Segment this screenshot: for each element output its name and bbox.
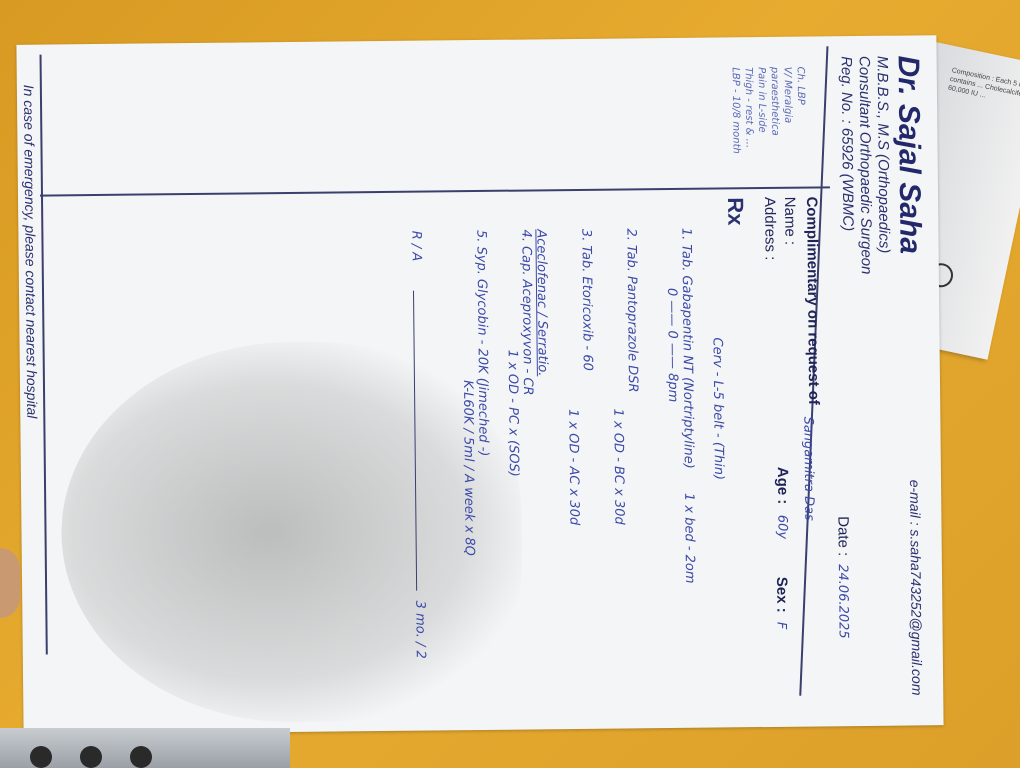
review-label: R / A [408,231,423,262]
medicine-text: Tab. Etoricoxib - 60 [579,245,595,371]
age-value: 60y [774,515,789,539]
margin-note: LBP - 10/8 month [729,67,743,182]
medicine-text: Syp. Glycobin - 20K (Jimeched -) [474,246,491,456]
finger [0,548,20,618]
doctor-degrees: M.B.B.S., M.S (Orthopaedics) [873,56,893,275]
doctor-name: Dr. Sajal Saha [891,55,927,274]
review-line [413,291,417,591]
medicine-number: 2 [623,228,638,236]
doctor-title: Consultant Orthopaedic Surgeon [855,56,875,275]
medicine-text: Tab. Pantoprazole DSR [624,245,641,393]
name-label: Name : [781,197,799,246]
diagnosis: Cerv - L-5 belt - (Thin) [710,337,726,480]
box-label-text: Composition : Each 5 ml contains ... Cho… [947,66,1020,111]
doctor-email: e-mail : s.saha743252@gmail.com [907,480,925,696]
footer-divider [40,55,48,655]
medicine-text: Cap. Aceproxyvon - CR [519,246,536,396]
margin-notes: Ch. LBP V/ Meralgia paraesthetica Pain i… [729,67,808,183]
medicine-4: Aceclofenac / Serratio. 4. Cap. Aceproxy… [503,229,551,477]
medicine-schedule: 0 —— 0 —— 8pm [664,288,682,584]
address-label: Address : [761,197,779,261]
complimentary-label: Complimentary on request of [803,196,822,405]
prescription-sheet: Dr. Sajal Saha M.B.B.S., M.S (Orthopaedi… [16,35,943,735]
medicine-dose: 1 x OD - AC x 30d [565,409,581,525]
margin-note: Pain in L-side [755,67,769,182]
medicine-dose: K-L60K / 5ml / A week x 8Q [460,380,477,556]
prescription-content: Dr. Sajal Saha M.B.B.S., M.S (Orthopaedi… [16,35,943,735]
sex-value: F [773,622,788,630]
clip-hole [30,746,52,768]
left-column-divider [40,186,830,196]
doctor-reg-no: Reg. No. : 65926 (WBMC) [837,56,857,275]
age-label: Age : [774,467,791,505]
medicine-5: 5. Syp. Glycobin - 20K (Jimeched -) K-L6… [458,230,491,556]
medicine-dose: 1 x OD - PC x (SOS) [505,350,521,477]
medicine-number: 3 [578,229,593,237]
date-value: 24.06.2025 [835,564,851,639]
metal-clip [0,728,290,768]
medicine-dose: 1 x bed - 2om [681,493,697,584]
margin-note: Thigh - rest & ... [742,67,756,182]
medicine-text: Tab. Gabapentin NT (Nortriptyline) [679,244,696,469]
clip-hole [80,746,102,768]
medicine-number: 5 [473,230,488,238]
margin-note: V/ Meralgia paraesthetica [768,67,795,182]
medicine-1: 1. Tab. Gabapentin NT (Nortriptyline) 1 … [663,228,697,584]
medicine-dose: 1 x OD - BC x 30d [610,408,626,524]
medicine-heading: Aceclofenac / Serratio. [533,229,551,476]
margin-note: Ch. LBP [794,67,808,182]
clip-hole [130,746,152,768]
medicine-3: 3. Tab. Etoricoxib - 60 1 x OD - AC x 30… [563,229,596,525]
date-label: Date : [834,516,851,556]
medicine-2: 2. Tab. Pantoprazole DSR 1 x OD - BC x 3… [608,228,641,524]
rx-symbol: Rx [722,197,748,225]
emergency-footer: In case of emergency, please contact nea… [25,85,40,419]
doctor-header: Dr. Sajal Saha M.B.B.S., M.S (Orthopaedi… [837,55,927,274]
medicine-number: 4 [518,229,533,237]
sex-label: Sex : [773,577,790,613]
patient-name-value: Sangamitra Das [800,416,816,520]
medicine-number: 1 [678,228,693,236]
review-value: 3 mo. / 2 [412,601,428,659]
